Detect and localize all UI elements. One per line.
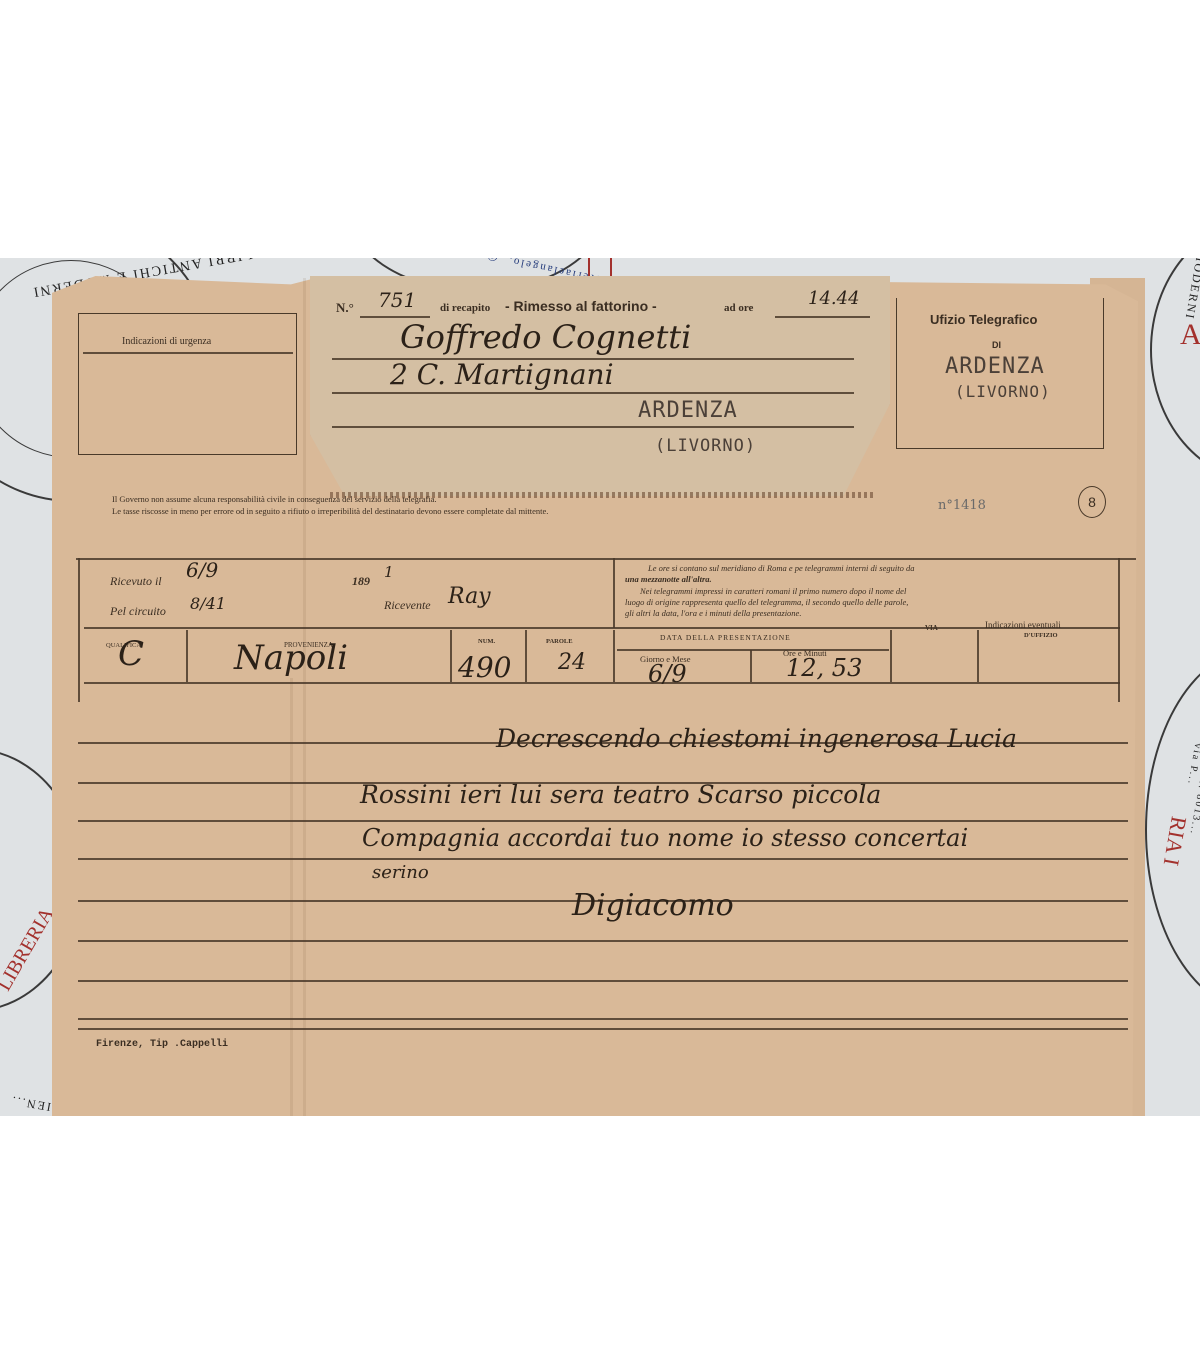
paper-fold-center: [290, 678, 293, 1116]
document-photo: LIBRI ANTICHI E MODERNI LIBRERIA tel. 00…: [0, 258, 1200, 1116]
columns-bottom-line: [84, 682, 1120, 684]
slip-stamp-city: ARDENZA: [638, 398, 738, 423]
office-box-title: Ufizio Telegrafico: [930, 312, 1037, 327]
urgency-box: [78, 313, 297, 455]
slip-time-label: ad ore: [724, 302, 753, 314]
year-prefix: 189: [352, 574, 370, 589]
received-label: Ricevuto il: [110, 574, 162, 589]
slip-time-value: 14.44: [808, 288, 860, 309]
parole-label: PAROLE: [546, 638, 573, 645]
indicazioni-sub: D'UFFIZIO: [1024, 632, 1058, 639]
provenienza-value: Napoli: [234, 638, 348, 678]
recipient-address: 2 C. Martignani: [390, 358, 614, 391]
data-presentazione-label: DATA DELLA PRESENTAZIONE: [660, 633, 791, 642]
slip-number-label: N.°: [336, 300, 354, 316]
instructions-line-4: luogo di origine rappresenta quello del …: [625, 597, 908, 607]
slip-number-value: 751: [378, 288, 416, 312]
message-rule: [78, 940, 1128, 942]
instructions-line-5: gli altri la data, l'ora e i minuti dell…: [625, 608, 801, 618]
pencil-note: n°1418: [938, 498, 986, 513]
office-stamp-province: (LIVORNO): [955, 382, 1051, 401]
qualifica-value: C: [118, 634, 144, 674]
circuit-value: 8/41: [190, 594, 226, 613]
table-top-line: [76, 558, 1136, 560]
message-rule: [78, 858, 1128, 860]
ore-value: 12, 53: [786, 654, 862, 682]
parole-value: 24: [558, 650, 586, 675]
year-suffix: 1: [384, 563, 394, 581]
circled-number: 8: [1078, 486, 1106, 518]
giorno-value: 6/9: [648, 660, 687, 688]
num-label: NUM.: [478, 638, 495, 645]
instructions-line-2: una mezzanotte all'altra.: [625, 574, 712, 584]
stamp-red-right-top: A: [1180, 318, 1200, 352]
printer-credit: Firenze, Tip .Cappelli: [96, 1039, 228, 1050]
received-value: 6/9: [186, 558, 218, 582]
paper-fold-left: [303, 278, 306, 1116]
slip-delivery-text: di recapito: [440, 302, 490, 314]
receiver-value: Ray: [448, 584, 491, 609]
recipient-name: Goffredo Cognetti: [400, 318, 691, 356]
signature: Digiacomo: [572, 888, 734, 923]
columns-top-line: [84, 627, 1120, 629]
message-line-2: Rossini ieri lui sera teatro Scarso picc…: [360, 780, 881, 809]
slip-stamp-province: (LIVORNO): [655, 436, 756, 456]
instructions-line-1: Le ore si contano sul meridiano di Roma …: [648, 563, 914, 573]
message-rule: [78, 820, 1128, 822]
slip-handed-text: - Rimesso al fattorino -: [505, 298, 657, 314]
message-line-1: Decrescendo chiestomi ingenerosa Lucia: [496, 724, 1017, 753]
office-stamp-city: ARDENZA: [945, 354, 1045, 379]
urgency-box-label: Indicazioni di urgenza: [122, 336, 211, 347]
message-line-3: Compagnia accordai tuo nome io stesso co…: [362, 824, 968, 852]
indicazioni-label: Indicazioni eventuali: [985, 620, 1061, 630]
disclaimer-line-2: Le tasse riscosse in meno per errore od …: [112, 506, 548, 516]
num-value: 490: [458, 651, 511, 684]
receiver-label: Ricevente: [384, 598, 431, 613]
disclaimer-line-1: Il Governo non assume alcuna responsabil…: [112, 494, 437, 504]
via-label: VIA: [925, 624, 938, 632]
message-rule: [78, 1018, 1128, 1020]
message-rule: [78, 980, 1128, 982]
message-line-4: serino: [372, 862, 429, 883]
office-box-di: DI: [992, 340, 1001, 350]
circuit-label: Pel circuito: [110, 604, 166, 619]
instructions-line-3: Nei telegrammi impressi in caratteri rom…: [640, 586, 906, 596]
